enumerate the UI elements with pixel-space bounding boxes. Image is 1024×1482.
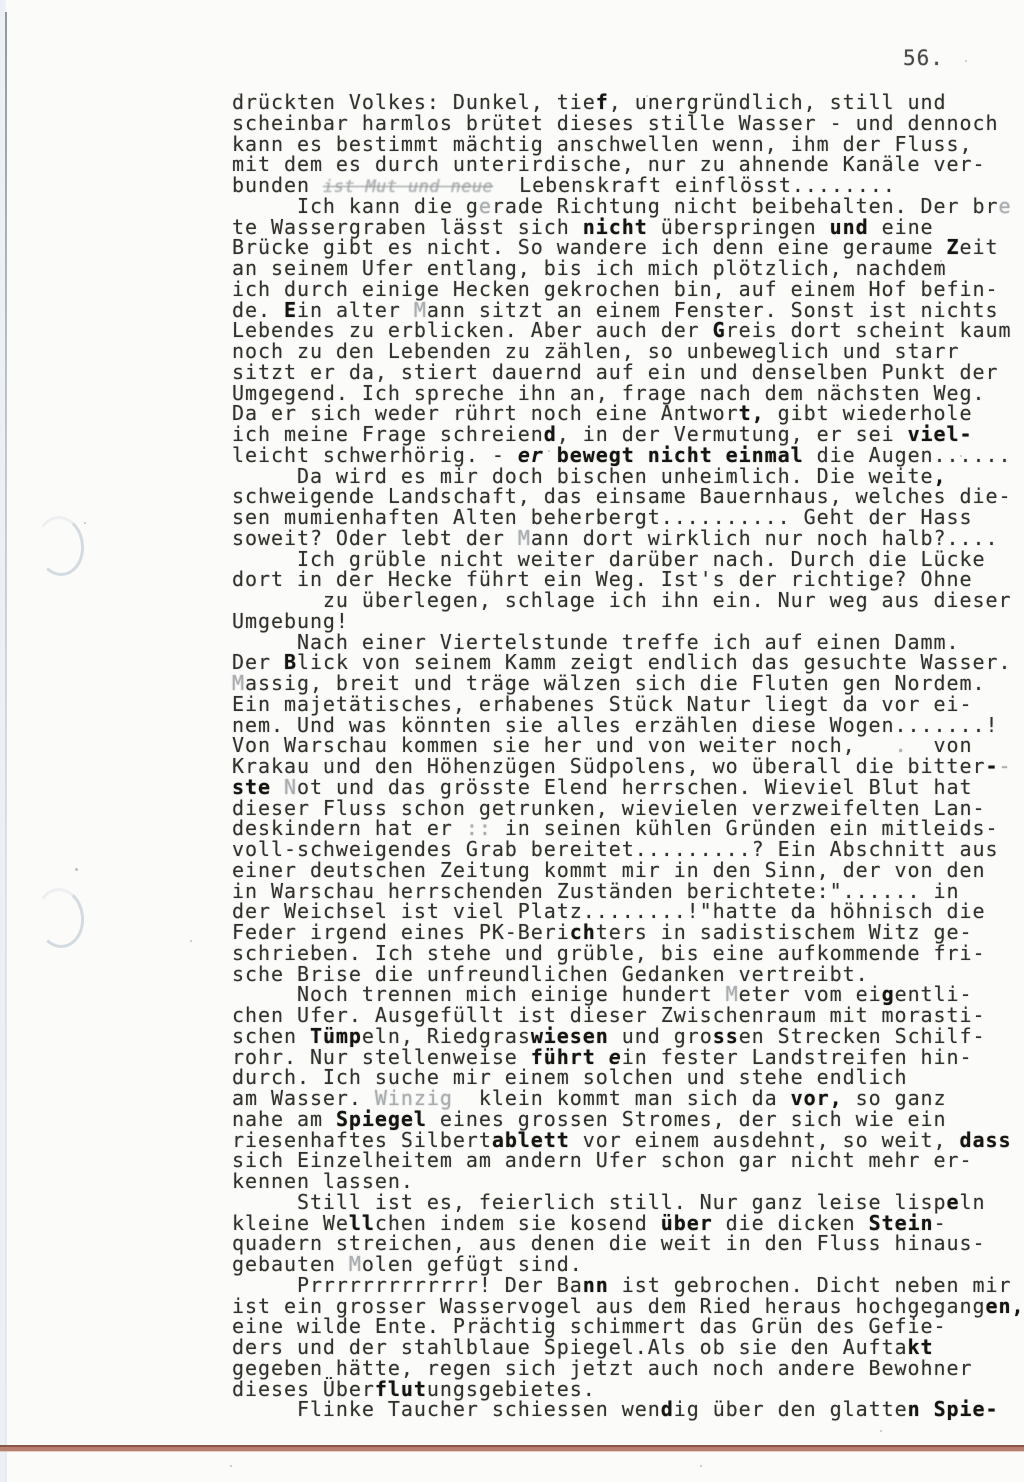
text-line: in Warschau herrschenden Zuständen beric… [232, 881, 1024, 902]
text-line: kleine Wellchen indem sie kosend über di… [232, 1213, 1024, 1234]
text-line: Umgegend. Ich spreche ihn an, frage nach… [232, 383, 1024, 404]
text-line: schweigende Landschaft, das einsame Baue… [232, 486, 1024, 507]
text-line: de. Ein alter Mann sitzt an einem Fenste… [232, 300, 1024, 321]
text-line: Ich grüble nicht weiter darüber nach. Du… [232, 549, 1024, 570]
text-line: sen mumienhaften Alten beherbergt.......… [232, 507, 1024, 528]
text-line: gegeben hätte, regen sich jetzt auch noc… [232, 1358, 1024, 1379]
text-line: Brücke gibt es nicht. So wandere ich den… [232, 237, 1024, 258]
text-line: quadern streichen, aus denen die weit in… [232, 1233, 1024, 1254]
text-line: durch. Ich suche mir einem solchen und s… [232, 1067, 1024, 1088]
text-line: rohr. Nur stellenweise führt ein fester … [232, 1047, 1024, 1068]
text-line: schen Tümpeln, Riedgraswiesen und grosse… [232, 1026, 1024, 1047]
text-line: am Wasser. Winzig klein kommt man sich d… [232, 1088, 1024, 1109]
text-line: bunden ist Mut und neue Lebenskraft einf… [232, 175, 1024, 196]
text-line: eine wilde Ente. Prächtig schimmert das … [232, 1316, 1024, 1337]
hole-punch-mark [33, 514, 87, 579]
text-line: Ein majetätisches, erhabenes Stück Natur… [232, 694, 1024, 715]
text-line: Nach einer Viertelstunde treffe ich auf … [232, 632, 1024, 653]
text-block: drückten Volkes: Dunkel, tief, unergründ… [232, 92, 1024, 1420]
text-line: gebauten Molen gefügt sind. [232, 1254, 1024, 1275]
text-line: ste Not und das grösste Elend herrschen.… [232, 777, 1024, 798]
text-line: der Weichsel ist viel Platz........!"hat… [232, 901, 1024, 922]
text-line: Still ist es, feierlich still. Nur ganz … [232, 1192, 1024, 1213]
text-line: riesenhaftes Silbertablett vor einem aus… [232, 1130, 1024, 1151]
text-line: kann es bestimmt mächtig anschwellen wen… [232, 134, 1024, 155]
text-line: an seinem Ufer entlang, bis ich mich plö… [232, 258, 1024, 279]
text-line: dieses Überflutungsgebietes. [232, 1379, 1024, 1400]
text-line: drückten Volkes: Dunkel, tief, unergründ… [232, 92, 1024, 113]
page-number: 56. [903, 46, 944, 70]
scanned-page: 56. drückten Volkes: Dunkel, tief, unerg… [0, 0, 1024, 1482]
text-line: Feder irgend eines PK-Berichters in sadi… [232, 922, 1024, 943]
text-line: te Wassergraben lässt sich nicht überspr… [232, 217, 1024, 238]
text-line: ich durch einige Hecken gekrochen bin, a… [232, 279, 1024, 300]
text-line: einer deutschen Zeitung kommt mir in den… [232, 860, 1024, 881]
text-line: deskindern hat er :: in seinen kühlen Gr… [232, 818, 1024, 839]
text-line: Lebendes zu erblicken. Aber auch der Gre… [232, 320, 1024, 341]
text-line: sche Brise die unfreundlichen Gedanken v… [232, 964, 1024, 985]
text-line: Ich kann die gerade Richtung nicht beibe… [232, 196, 1024, 217]
text-line: dort in der Hecke führt ein Weg. Ist's d… [232, 569, 1024, 590]
text-line: Umgebung! [232, 611, 1024, 632]
text-line: noch zu den Lebenden zu zählen, so unbew… [232, 341, 1024, 362]
text-line: dieser Fluss schon getrunken, wievielen … [232, 798, 1024, 819]
text-line: Von Warschau kommen sie her und von weit… [232, 735, 1024, 756]
text-line: ders und der stahlblaue Spiegel.Als ob s… [232, 1337, 1024, 1358]
hole-punch-mark [33, 886, 87, 951]
text-line: Noch trennen mich einige hundert Meter v… [232, 984, 1024, 1005]
text-line: chen Ufer. Ausgefüllt ist dieser Zwische… [232, 1005, 1024, 1026]
text-line: soweit? Oder lebt der Mann dort wirklich… [232, 528, 1024, 549]
text-line: Da er sich weder rührt noch eine Antwort… [232, 403, 1024, 424]
text-line: leicht schwerhörig. - er bewegt nicht ei… [232, 445, 1024, 466]
text-line: schrieben. Ich stehe und grüble, bis ein… [232, 943, 1024, 964]
text-line: nem. Und was könnten sie alles erzählen … [232, 715, 1024, 736]
text-line: Der Blick von seinem Kamm zeigt endlich … [232, 652, 1024, 673]
text-line: Da wird es mir doch bischen unheimlich. … [232, 466, 1024, 487]
text-line: Flinke Taucher schiessen wendig über den… [232, 1399, 1024, 1420]
text-line: ich meine Frage schreiend, in der Vermut… [232, 424, 1024, 445]
text-line: zu überlegen, schlage ich ihn ein. Nur w… [232, 590, 1024, 611]
text-line: Prrrrrrrrrrrrr! Der Bann ist gebrochen. … [232, 1275, 1024, 1296]
text-line: nahe am Spiegel eines grossen Stromes, d… [232, 1109, 1024, 1130]
text-line: kennen lassen. [232, 1171, 1024, 1192]
text-line: mit dem es durch unterirdische, nur zu a… [232, 154, 1024, 175]
text-line: Krakau und den Höhenzügen Südpolens, wo … [232, 756, 1024, 777]
text-line: voll-schweigendes Grab bereitet.........… [232, 839, 1024, 860]
text-line: Massig, breit und träge wälzen sich die … [232, 673, 1024, 694]
text-line: sitzt er da, stiert dauernd auf ein und … [232, 362, 1024, 383]
text-line: ist ein grosser Wasservogel aus dem Ried… [232, 1296, 1024, 1317]
scan-left-edge-line [5, 12, 7, 1482]
bottom-rule [0, 1445, 1024, 1452]
text-line: sich Einzelheitem am andern Ufer schon g… [232, 1150, 1024, 1171]
text-line: scheinbar harmlos brütet dieses stille W… [232, 113, 1024, 134]
